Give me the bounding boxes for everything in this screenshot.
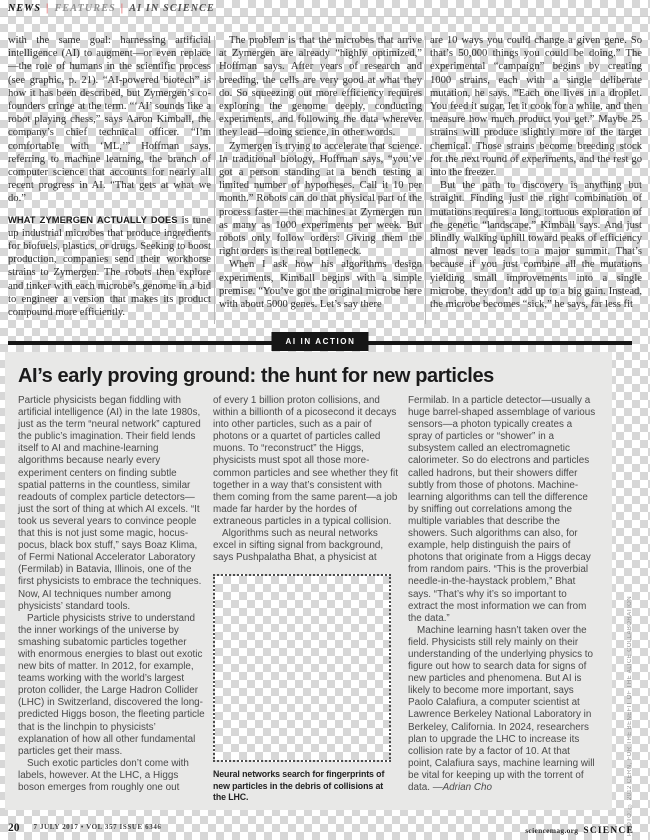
paragraph: Such exotic particles don’t come with la… (18, 758, 206, 794)
paragraph: are 10 ways you could change a given gen… (430, 34, 642, 179)
paragraph-text: is tune up industrial microbes that prod… (8, 215, 211, 318)
column-rule (425, 36, 426, 324)
top-column-3: are 10 ways you could change a given gen… (430, 34, 642, 326)
paragraph: When I ask how his algorithms design exp… (219, 258, 422, 311)
page-footer: 20 7 JULY 2017 • VOL 357 ISSUE 6346 scie… (8, 818, 634, 832)
masthead-news-label: NEWS (8, 3, 41, 14)
feature-column-3: Fermilab. In a particle detector—usually… (408, 395, 596, 800)
feature-column-2: of every 1 billion proton collisions, an… (213, 395, 401, 800)
masthead-separator: | (41, 3, 54, 14)
photo-image-placeholder (213, 574, 391, 762)
magazine-page: NEWS|FEATURES|AI IN SCIENCE with the sam… (0, 0, 650, 840)
masthead-section-label: AI IN SCIENCE (129, 3, 215, 14)
column-rule (214, 36, 215, 324)
paragraph: Machine learning hasn’t taken over the f… (408, 625, 596, 794)
paragraph: WHAT ZYMERGEN ACTUALLY DOES is tune up i… (8, 214, 211, 320)
author-byline: —Adrian Cho (433, 782, 492, 793)
top-column-1: with the same goal: harnessing artificia… (8, 34, 211, 326)
website-label: sciencemag.org (525, 826, 578, 835)
paragraph: of every 1 billion proton collisions, an… (213, 395, 401, 528)
section-divider-rule: AI IN ACTION (8, 341, 632, 345)
lead-in-text: WHAT ZYMERGEN ACTUALLY DOES (8, 215, 178, 225)
paragraph: The problem is that the microbes that ar… (219, 34, 422, 140)
paragraph: Particle physicists began fiddling with … (18, 395, 206, 613)
feature-column-1: Particle physicists began fiddling with … (18, 395, 206, 800)
feature-headline: AI’s early proving ground: the hunt for … (18, 365, 598, 388)
masthead: NEWS|FEATURES|AI IN SCIENCE (8, 3, 215, 16)
page-number: 20 (8, 822, 20, 834)
paragraph-text: Machine learning hasn’t taken over the f… (408, 625, 595, 793)
photo-credit: PHOTO: © 2012 CERN, FOR THE BENEFIT OF T… (627, 568, 633, 836)
feature-panel: AI’s early proving ground: the hunt for … (5, 352, 612, 810)
masthead-features-label: FEATURES (55, 3, 116, 14)
issue-info: 7 JULY 2017 • VOL 357 ISSUE 6346 (34, 823, 162, 831)
photo-caption: Neural networks search for fingerprints … (213, 769, 397, 804)
masthead-separator: | (116, 3, 129, 14)
paragraph: with the same goal: harnessing artificia… (8, 34, 211, 206)
masthead-rule (0, 16, 650, 17)
paragraph: Fermilab. In a particle detector—usually… (408, 395, 596, 625)
footer-right: sciencemag.orgSCIENCE (525, 820, 634, 838)
paragraph: Particle physicists strive to understand… (18, 613, 206, 758)
paragraph: Zymergen is trying to accelerate that sc… (219, 140, 422, 259)
paragraph: Algorithms such as neural networks excel… (213, 528, 401, 564)
section-banner: AI IN ACTION (271, 332, 368, 351)
paragraph: But the path to discovery is anything bu… (430, 179, 642, 311)
top-article: with the same goal: harnessing artificia… (8, 34, 642, 326)
science-brand: SCIENCE (583, 826, 634, 836)
top-column-2: The problem is that the microbes that ar… (219, 34, 422, 326)
